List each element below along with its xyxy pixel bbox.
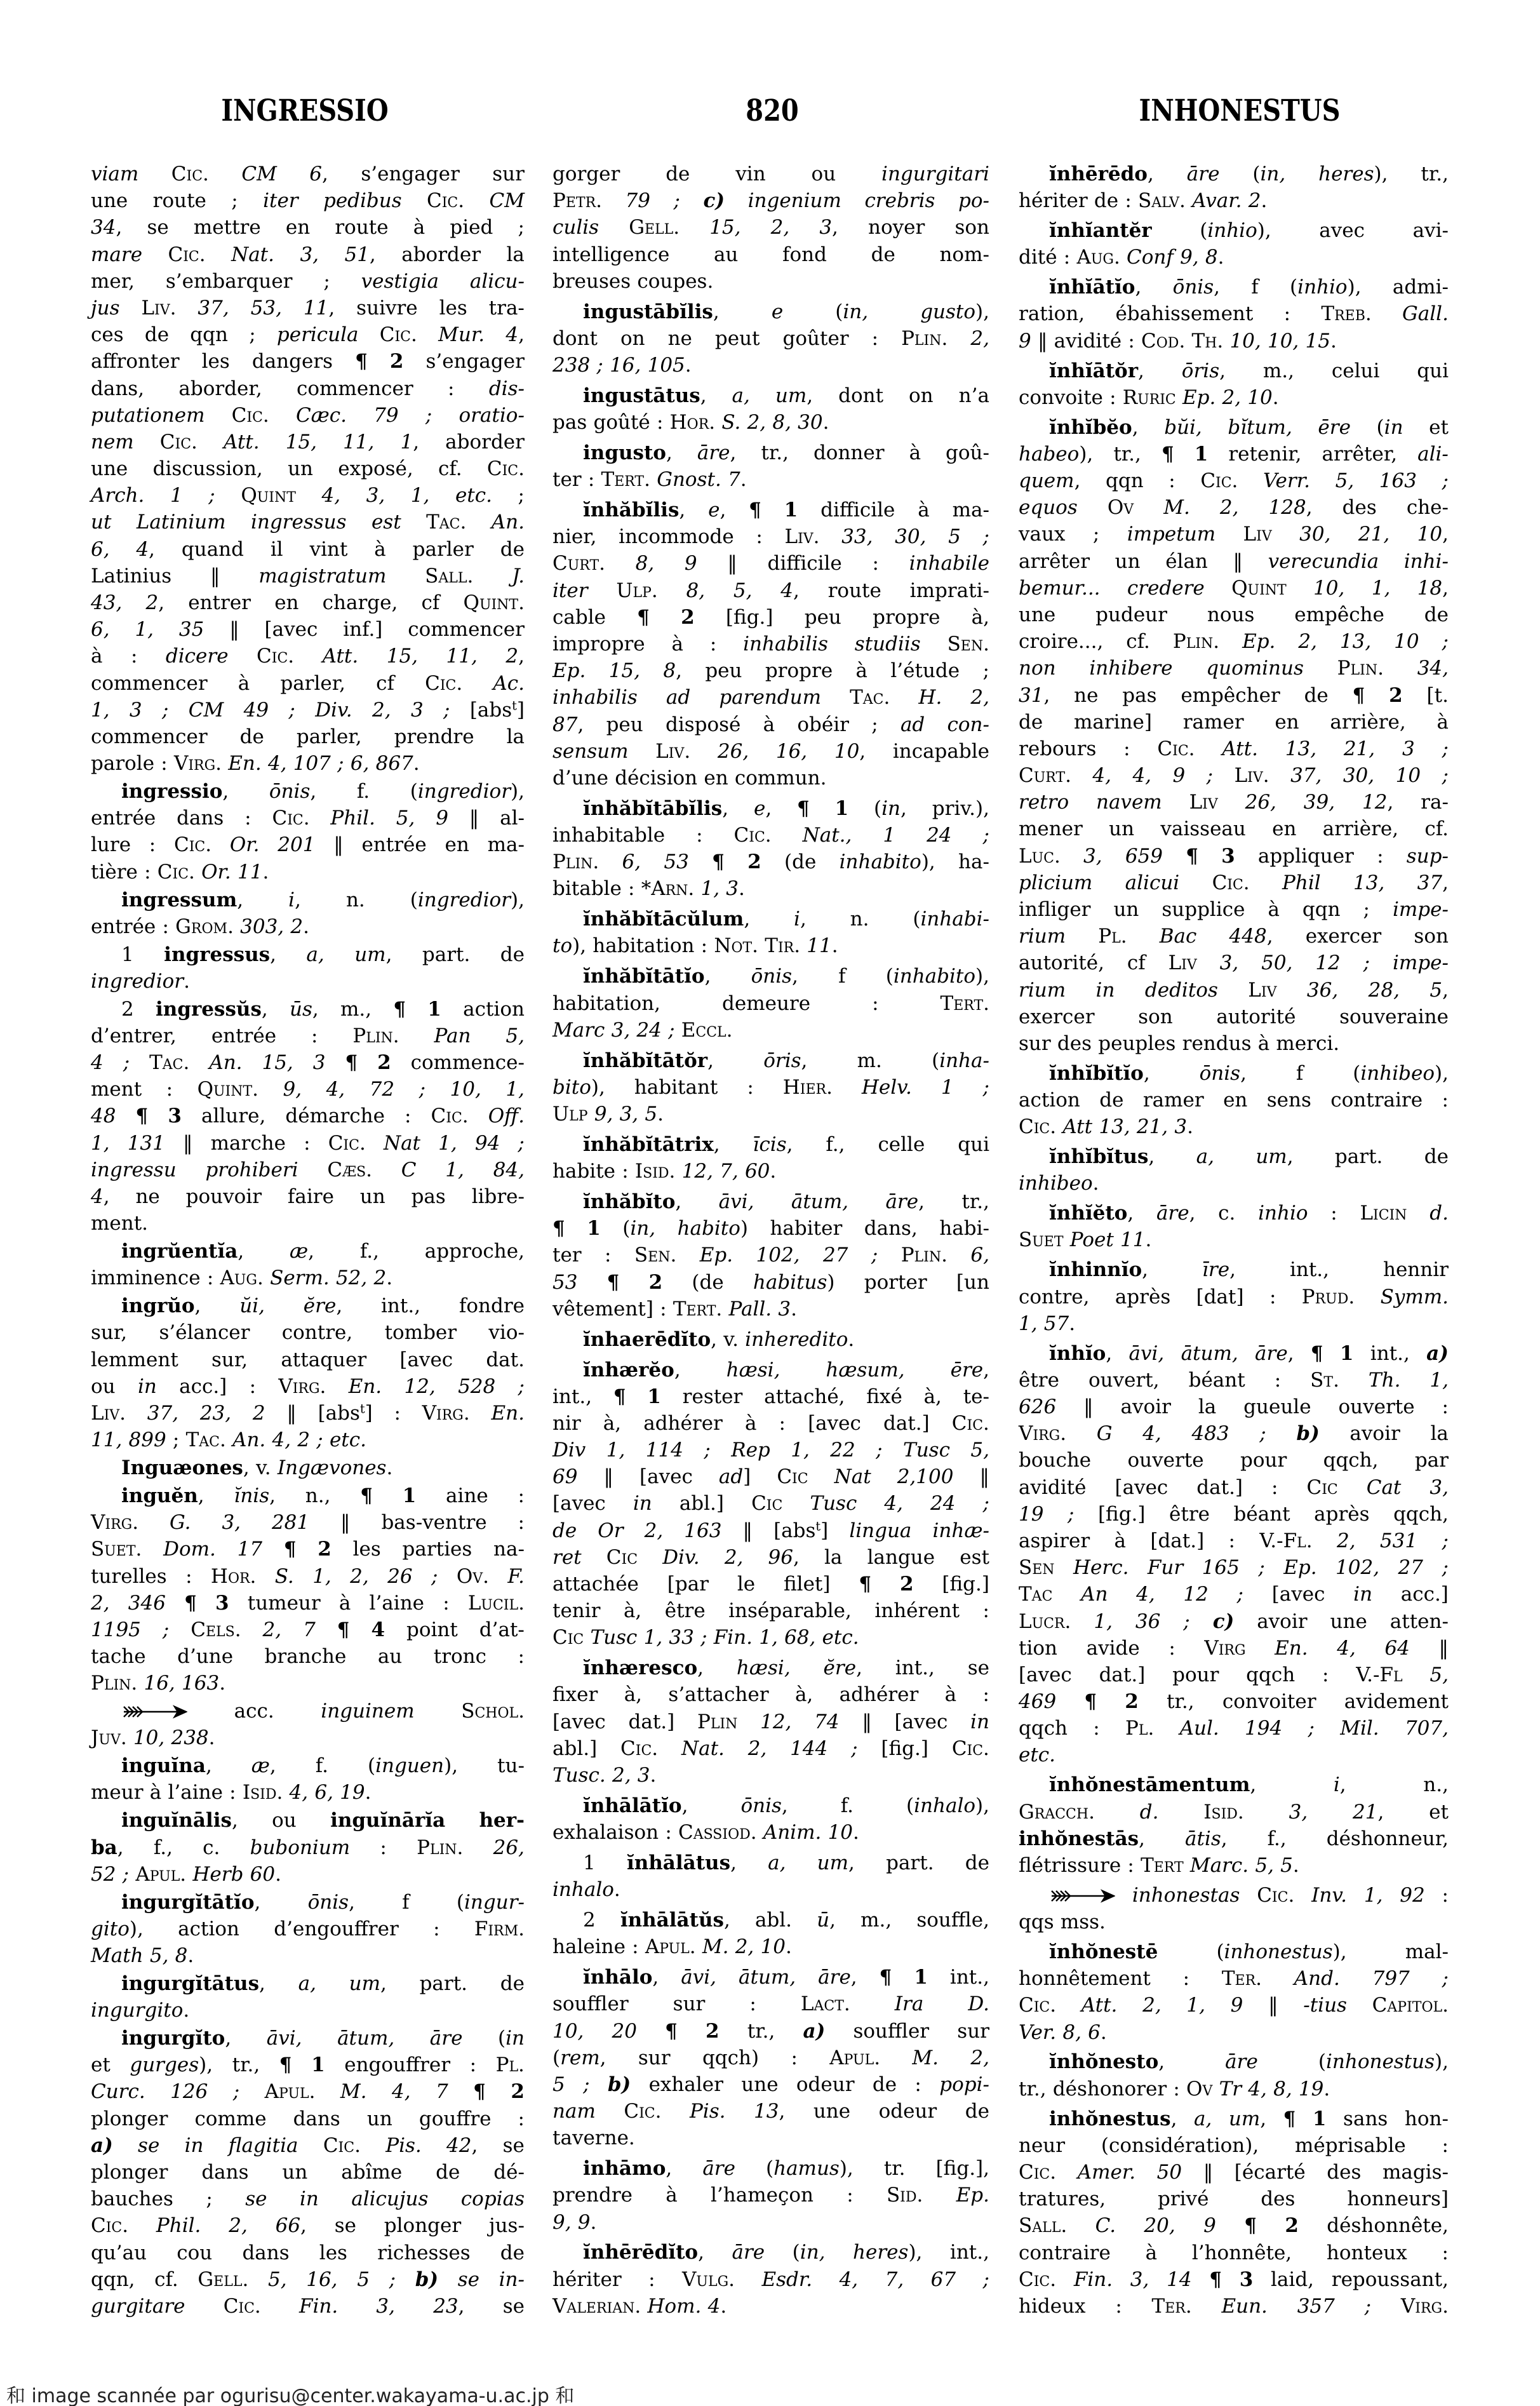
italic-text: 102, [1336, 1556, 1379, 1579]
italic-text: 17 [238, 1538, 262, 1561]
text: obéir [797, 713, 849, 736]
text: : [872, 552, 878, 575]
italic-text: inhalo [914, 1794, 975, 1817]
author-abbreviation: Cic. [1257, 1884, 1294, 1907]
word: inguĭna, [121, 1752, 212, 1779]
word: Cic. [431, 1103, 469, 1129]
word: dat. [486, 1347, 525, 1373]
text: sur [492, 163, 525, 185]
word: arrêter, [1322, 441, 1398, 467]
word: 30, [1343, 762, 1374, 789]
word: Sall. [1019, 2212, 1067, 2239]
dictionary-entry: ĭnhĭātĭo,ōnis,f(inhio),admi-ration,ébahi… [1019, 274, 1449, 354]
text: 1 [121, 943, 134, 966]
text: . [657, 1103, 664, 1126]
word: ne [668, 325, 692, 352]
text: [avec [1019, 1663, 1072, 1686]
italic-text: ātum, [1181, 1342, 1238, 1365]
italic-text: 5, [268, 2268, 287, 2291]
italic-text: 19 [1019, 1503, 1043, 1526]
word: dat.] [1196, 1474, 1243, 1501]
word: retenir, [1228, 441, 1301, 467]
word: Apul. [829, 2045, 880, 2071]
word: des [1342, 494, 1377, 521]
text: attaquer [281, 1348, 366, 1371]
word: difficile [820, 497, 895, 523]
text: f., [826, 1133, 845, 1156]
dictionary-entry: ingurgĭtātus,a,um,part.deingurgito. [91, 1970, 525, 2024]
author-abbreviation: Liv [1189, 791, 1218, 814]
text: entrée [91, 915, 156, 938]
text: ; [871, 713, 878, 736]
text: , [782, 1794, 788, 1817]
word: ōnis, [751, 963, 798, 990]
word: 9, [552, 2209, 572, 2236]
word: porter [864, 1269, 927, 1296]
word: : [628, 875, 634, 902]
word: à [1115, 1528, 1126, 1554]
word: hæsi, [737, 1655, 791, 1681]
italic-text: Conf [1127, 246, 1174, 269]
dictionary-entry: ĭnhērēdo,āre(in,heres),tr.,hériterde:Sal… [1019, 161, 1449, 214]
text: dat.] [629, 1710, 675, 1733]
text: à, [924, 1385, 942, 1408]
word: 3 [130, 697, 142, 723]
word: Virg. [278, 1373, 326, 1400]
word: Cic. [257, 643, 294, 669]
italic-text: CM [189, 699, 224, 722]
word: ingurgito. [91, 1997, 189, 2024]
word: ; [162, 697, 168, 723]
italic-text: Ira [895, 1993, 924, 2015]
word: 2, [1222, 384, 1242, 411]
word: habitant [634, 1074, 718, 1101]
italic-text: um [1229, 2107, 1260, 2130]
text: de [436, 2161, 460, 2184]
author-abbreviation: Quint [241, 484, 296, 507]
word: 11. [1120, 1227, 1151, 1253]
text: , [413, 431, 419, 454]
author-abbreviation: Isid. [243, 1781, 283, 1804]
text: , [698, 2241, 704, 2264]
word: a) [1426, 1340, 1449, 1367]
word: 4, [290, 1779, 309, 1806]
entry-head-line: ingurgĭtātĭo,ōnis,f(ingur- [91, 1889, 525, 1916]
italic-text: 79 [373, 404, 398, 427]
word: qui [1417, 358, 1449, 384]
word: pas [1122, 682, 1156, 709]
word: Cic. [224, 2293, 261, 2320]
author-abbreviation: Cic. [380, 323, 417, 346]
word: (in, [1252, 161, 1285, 187]
word: inhabilis [743, 631, 828, 657]
text: entrée [91, 807, 156, 830]
word: 3 [1240, 2266, 1254, 2293]
italic-text: gurges [130, 2053, 199, 2076]
text: . [303, 915, 309, 938]
entry-head-line: ĭnhærĕo,hæsi,hæsum,ēre, [552, 1357, 989, 1383]
word: 303, [240, 913, 284, 940]
italic-text: 3, [612, 1019, 631, 1042]
italic-text: 36 [1135, 1610, 1160, 1633]
word: 4, [136, 536, 155, 563]
word: ēre [1318, 414, 1351, 441]
word: um, [775, 382, 813, 409]
word: tomber [385, 1319, 457, 1346]
dictionary-entry: inguĕn,ĭnis,n.,¶1aine:Virg.G.3,281‖bas-v… [91, 1482, 525, 1697]
word: (inhabi- [913, 906, 989, 932]
italic-text: navem [1096, 791, 1162, 814]
headword: 1 [784, 499, 798, 521]
entry-line: sur,s’élancercontre,tombervio- [91, 1319, 525, 1346]
word: Phil. [330, 805, 375, 831]
italic-text: um [817, 1852, 848, 1874]
word: (inhio), [1200, 217, 1271, 244]
text: admi- [1393, 276, 1449, 299]
italic-text: quominus [1206, 657, 1304, 680]
word: ĭnhaerēdĭto, [583, 1326, 717, 1353]
italic-text: ; [518, 1132, 524, 1155]
word: Math [91, 1942, 144, 1969]
text: , [1132, 416, 1139, 439]
word: inf.] [343, 616, 382, 643]
italic-text: magistratum [258, 565, 386, 588]
word: in [1353, 1581, 1372, 1608]
italic-text: Th. [1369, 1369, 1401, 1392]
text: à [856, 659, 867, 682]
word: ĭnhĭātĭo, [1049, 274, 1141, 300]
italic-text: 3 [638, 1764, 650, 1787]
italic-text: Ep. [552, 659, 586, 682]
word: laid, [1271, 2266, 1314, 2293]
word: [avec [639, 1463, 693, 1490]
word: : [1064, 244, 1070, 271]
text: aspirer [1019, 1529, 1090, 1552]
word: 15, [286, 429, 317, 455]
dictionary-entry: ĭnhĭbĕo,bŭi,bĭtum,ēre(inethabeo),tr.,¶1r… [1019, 414, 1449, 1058]
entry-line: Ep.15,8,peupropreàl’étude; [552, 657, 989, 684]
text: acc. [234, 1700, 274, 1723]
dictionary-entry: ingressio,ōnis,f.(ingredior),entréedans:… [91, 778, 525, 885]
text: : [1168, 1637, 1175, 1660]
italic-text: M. [912, 2046, 939, 2069]
word: ¶ [613, 1383, 626, 1410]
word: V.-Fl. [1259, 1528, 1312, 1554]
italic-text: Ver. [1019, 2021, 1056, 2044]
text: de [873, 2073, 897, 2096]
word [1049, 1882, 1115, 1909]
word: Eun. [1221, 2293, 1267, 2320]
text: * [641, 877, 652, 900]
text: arrêter [1019, 550, 1090, 573]
word: deditos [1145, 977, 1218, 1004]
word: Verr. [1263, 467, 1310, 494]
text: : [779, 1412, 786, 1435]
word: action [1019, 1087, 1080, 1113]
page-number: 820 [746, 93, 798, 129]
text: : [448, 377, 454, 400]
text: . [740, 468, 747, 491]
italic-text: impe- [1393, 951, 1449, 974]
word: in [633, 1490, 652, 1517]
italic-text: 9 [578, 2211, 591, 2234]
word: ĭnhĭbĭtĭo, [1049, 1060, 1150, 1087]
italic-text: 26, [1245, 791, 1276, 814]
word: ¶ [637, 604, 650, 631]
text: , [720, 499, 726, 521]
author-abbreviation: Virg. [91, 1511, 138, 1534]
italic-text: 346 [128, 1592, 166, 1615]
text: béant [1234, 1503, 1290, 1526]
text: difficile [820, 499, 895, 521]
word: āvi, [267, 2025, 302, 2052]
italic-text: a, [1196, 1145, 1214, 1168]
headword: 1 [835, 797, 849, 820]
word: 92 [1400, 1882, 1424, 1909]
author-abbreviation: Not. [714, 934, 758, 957]
headword: ingurgĭtātĭo [121, 1891, 255, 1914]
italic-text: An. [232, 1428, 265, 1451]
text: , [262, 998, 268, 1021]
word: navem [1096, 789, 1162, 816]
italic-text: 528 [458, 1375, 495, 1398]
word: en [1272, 816, 1296, 842]
word: en [445, 831, 469, 858]
word: à, [924, 1383, 942, 1410]
author-abbreviation: Cic. [232, 404, 269, 427]
word: ¶ [184, 1590, 197, 1616]
text: dat.] [883, 1412, 930, 1435]
text: qu’au [91, 2241, 147, 2264]
italic-text: Ep. [1283, 1556, 1316, 1579]
entry-head-line: ĭnhinnĭo,īre,int.,hennir [1019, 1256, 1449, 1283]
italic-text: ; [1259, 1422, 1266, 1445]
text: rendus [1182, 1032, 1252, 1055]
bold-text: 2 [681, 606, 695, 629]
italic-text: 2, [645, 1519, 664, 1542]
word: 37, [1417, 870, 1449, 896]
italic-text: 131 [128, 1132, 165, 1155]
italic-text: um [354, 943, 385, 966]
author-abbreviation: Apul. [645, 1935, 696, 1958]
word: coupes. [637, 268, 713, 295]
italic-text: āre [885, 1190, 918, 1213]
dictionary-entry: ĭnhinnĭo,īre,int.,hennircontre,après[dat… [1019, 1256, 1449, 1337]
word: Plin. [417, 1834, 463, 1861]
text: [abs [470, 699, 512, 722]
word: etc. [455, 482, 492, 509]
word: Fin. [1074, 2266, 1113, 2293]
word: tr., [761, 440, 789, 466]
text: ébahissement [1115, 302, 1253, 325]
word: sur [492, 161, 525, 187]
word: ne [1074, 682, 1098, 709]
word: être [665, 1597, 706, 1624]
italic-text: 21, [1137, 1115, 1168, 1138]
word: Aug. [1076, 244, 1120, 271]
entry-line: etc. [1019, 1742, 1449, 1768]
italic-text: 4, [1136, 1583, 1155, 1606]
word: Tert [1141, 1852, 1184, 1879]
word: viam [91, 161, 138, 187]
word: celle [878, 1131, 925, 1158]
author-abbreviation: Sen [1019, 1556, 1055, 1579]
word: ‖ [210, 563, 220, 589]
text: ‖ [862, 1710, 872, 1733]
text: ‖ [1203, 2161, 1214, 2184]
word: : [229, 1779, 236, 1806]
word: 94 [475, 1130, 500, 1157]
italic-text: ; [208, 484, 215, 507]
italic-text: 2, [91, 1592, 110, 1615]
italic-text: 21, [1358, 523, 1389, 546]
italic-text: 5 [1280, 1854, 1293, 1877]
text: taverne. [552, 2127, 635, 2149]
word: Suet. [91, 1536, 142, 1563]
word: Cic [751, 1490, 782, 1517]
word: suivre [356, 295, 417, 321]
word: commencer [408, 616, 525, 643]
word: bitable [552, 875, 622, 902]
word: (in, [874, 795, 907, 822]
italic-text: ali- [1417, 443, 1449, 466]
entry-line: Valerian.Hom.4. [552, 2293, 989, 2320]
italic-text: ; [1207, 764, 1213, 787]
author-abbreviation: Cic. [734, 824, 772, 847]
text: sur [1019, 1032, 1051, 1055]
text: empêche [1294, 603, 1384, 626]
author-abbreviation: Cic. [427, 189, 464, 212]
text: : [872, 992, 878, 1015]
word: [avec [265, 616, 318, 643]
entry-line: tr.,déshonorer:OvTr4,8,19. [1019, 2076, 1449, 2102]
word: ¶ [880, 1964, 892, 1991]
word: Tr [1219, 2076, 1242, 2102]
word: appliquer [1258, 843, 1354, 870]
entry-head-line: inguĕn,ĭnis,n.,¶1aine: [91, 1482, 525, 1509]
headword: ĭnhālo [583, 1966, 652, 1989]
text: déshonnête, [1327, 2214, 1449, 2237]
word: peu [606, 711, 643, 738]
word: acc.] [179, 1373, 227, 1400]
text: méprisable [1295, 2134, 1406, 2157]
word: qu’au [91, 2240, 147, 2266]
text: mettre [194, 216, 261, 239]
word: Liv. [1235, 762, 1269, 789]
word: : [791, 2045, 797, 2071]
entry-line: 6,4,quandilvintàparlerde [91, 536, 525, 563]
entry-line: Math5,8. [91, 1942, 525, 1969]
word: Treb. [1321, 300, 1371, 327]
word: 2,100 [897, 1463, 954, 1490]
author-abbreviation: Eccl. [681, 1019, 733, 1042]
text: en [286, 216, 310, 239]
text: ] [517, 699, 525, 722]
text: se [503, 2295, 525, 2318]
italic-text: An. [209, 1051, 242, 1074]
entry-head-line: ingurgĭtātus,a,um,part.de [91, 1970, 525, 1997]
word: 11. [238, 859, 269, 885]
text: , [714, 1133, 720, 1156]
word: ment. [91, 1210, 148, 1237]
word: flétrissure [1019, 1852, 1121, 1879]
word: 5 [948, 523, 961, 550]
text: , [158, 591, 164, 614]
word: 1 [647, 1383, 661, 1410]
italic-text: 4, [326, 1078, 345, 1101]
text: ), [591, 1076, 605, 1099]
text: part. [420, 1972, 467, 1995]
word: Quint [1231, 575, 1287, 601]
headword: ĭnhālātŭs [620, 1909, 724, 1932]
italic-text: inhæ- [933, 1519, 989, 1542]
entry-line: nemCic.Att.15,11,1,aborder [91, 429, 525, 455]
word: bĭtum, [1228, 414, 1292, 441]
word: parler, [297, 723, 362, 750]
italic-text: 626 [1019, 1395, 1056, 1418]
word: ¶ [665, 2018, 678, 2045]
word: honteux [1327, 2240, 1407, 2266]
italic-text: ; [316, 1428, 323, 1451]
text: de [1424, 1145, 1449, 1168]
word: ramer [1143, 1087, 1204, 1113]
text: ‖ [743, 1519, 753, 1542]
text: n. [346, 889, 365, 911]
word: 1, [759, 1624, 778, 1651]
word: 23, [200, 1400, 231, 1427]
entry-line: acc.inguinemSchol. [91, 1698, 525, 1724]
entry-line: utLatiniumingressusestTac.An. [91, 509, 525, 535]
word: āre, [885, 1188, 925, 1215]
word: route [153, 187, 206, 214]
word: gurgitare [91, 2293, 185, 2320]
word: Eccl. [681, 1017, 733, 1044]
italic-text: 1, [606, 1439, 626, 1462]
word: empêcher [1181, 682, 1280, 709]
entry-line: nirà,adhérerà:[avecdat.]Cic. [552, 1410, 989, 1437]
word: 87, [552, 711, 584, 738]
word: : [1173, 2076, 1179, 2102]
word: Ulp [552, 1101, 588, 1127]
text: et [91, 2053, 110, 2076]
entry-line: ingurgito. [91, 1997, 525, 2024]
text: m., [1263, 360, 1294, 382]
word: 5, [1336, 467, 1355, 494]
italic-text: Tusc [903, 1439, 950, 1462]
italic-text: 1, [445, 1159, 464, 1181]
word: *Arn. [641, 875, 695, 902]
italic-text: 4, [1248, 2078, 1267, 2100]
text: peu [606, 713, 643, 736]
entry-line: Curc.126;Apul.M.4,7¶2 [91, 2078, 525, 2105]
italic-text: 12, [760, 1710, 791, 1733]
entry-head-line: ĭnhĭātĭo,ōnis,f(inhio),admi- [1019, 274, 1449, 300]
word: [t. [1427, 682, 1449, 709]
text: fixé [866, 1385, 902, 1408]
headword: ĭnhĭbĭtĭo [1049, 1062, 1144, 1085]
word: f [1251, 274, 1258, 300]
text: , [472, 2134, 478, 2157]
italic-text: H. [918, 686, 942, 709]
word: 23, [433, 2293, 464, 2320]
text: après [1314, 1503, 1369, 1526]
author-abbreviation: Hor. [211, 1565, 257, 1588]
dictionary-entry: ingurgĭto,āvi,ātum,āre(inetgurges),tr.,¶… [91, 2025, 525, 2320]
word: : [914, 2071, 921, 2098]
word: goûter [783, 325, 849, 352]
word: odeur [879, 2098, 937, 2125]
text: être [665, 1599, 706, 1622]
